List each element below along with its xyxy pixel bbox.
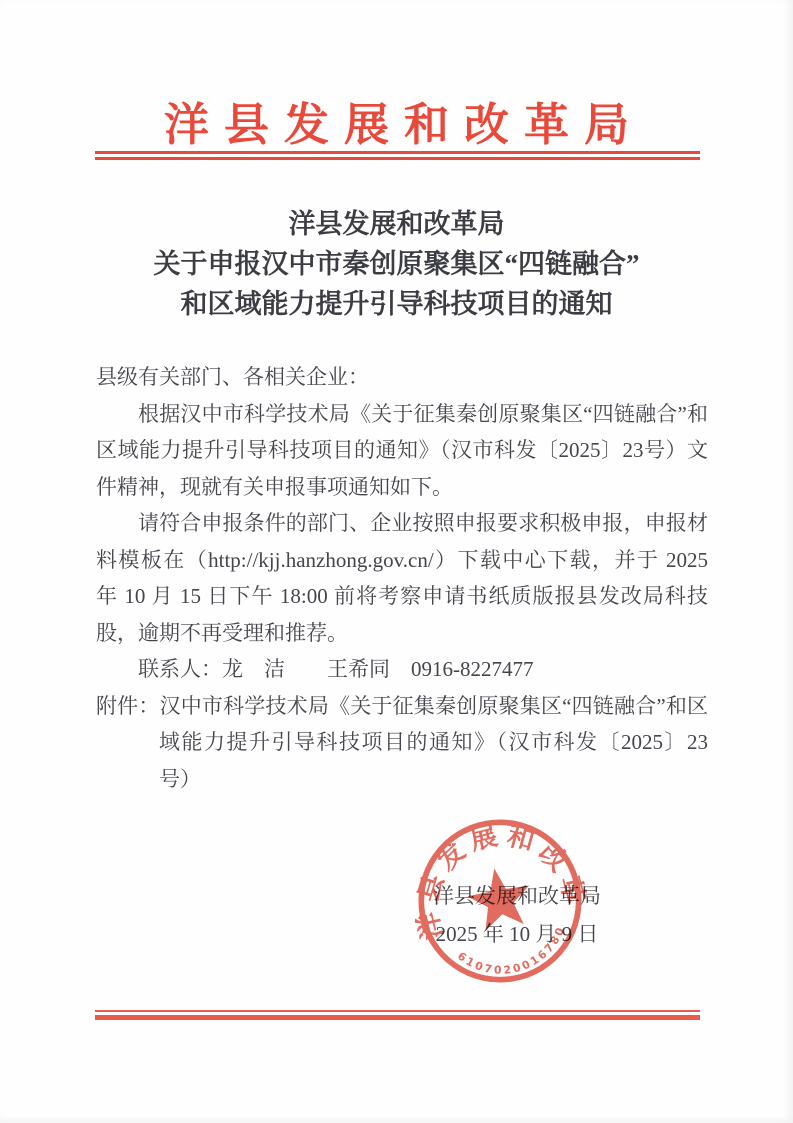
document-title-line-1: 洋县发展和改革局: [0, 204, 793, 244]
attachment-text: 汉中市科学技术局《关于征集秦创原聚集区“四链融合”和区域能力提升引导科技项目的通…: [159, 694, 708, 791]
document-title: 洋县发展和改革局 关于申报汉中市秦创原聚集区“四链融合” 和区域能力提升引导科技…: [0, 204, 793, 324]
paragraph-requirements: 请符合申报条件的部门、企业按照申报要求积极申报，申报材料模板在（http://k…: [96, 505, 708, 651]
official-seal-stamp: 洋县发展和改革局 6107020016780: [398, 799, 602, 1003]
attachment-label: 附件：: [96, 694, 160, 718]
contact-line: 联系人：龙 洁 王希同 0916-8227477: [96, 651, 708, 688]
attachment-block: 附件：汉中市科学技术局《关于征集秦创原聚集区“四链融合”和区域能力提升引导科技项…: [96, 688, 708, 798]
document-body: 县级有关部门、各相关企业： 根据汉中市科学技术局《关于征集秦创原聚集区“四链融合…: [96, 359, 708, 797]
document-page: 洋县发展和改革局 洋县发展和改革局 关于申报汉中市秦创原聚集区“四链融合” 和区…: [0, 0, 793, 1123]
document-title-line-2: 关于申报汉中市秦创原聚集区“四链融合”: [0, 244, 793, 284]
footer-rule-bottom: [95, 1015, 700, 1020]
seal-star-icon: [463, 863, 535, 933]
letterhead-rule-bottom: [95, 157, 700, 160]
salutation: 县级有关部门、各相关企业：: [96, 359, 708, 396]
document-title-line-3: 和区域能力提升引导科技项目的通知: [0, 284, 793, 324]
letterhead-org-name: 洋县发展和改革局: [0, 88, 793, 153]
letterhead-rule-top: [95, 151, 700, 154]
paragraph-basis: 根据汉中市科学技术局《关于征集秦创原聚集区“四链融合”和区域能力提升引导科技项目…: [96, 396, 708, 506]
footer-rule-top: [95, 1010, 700, 1012]
